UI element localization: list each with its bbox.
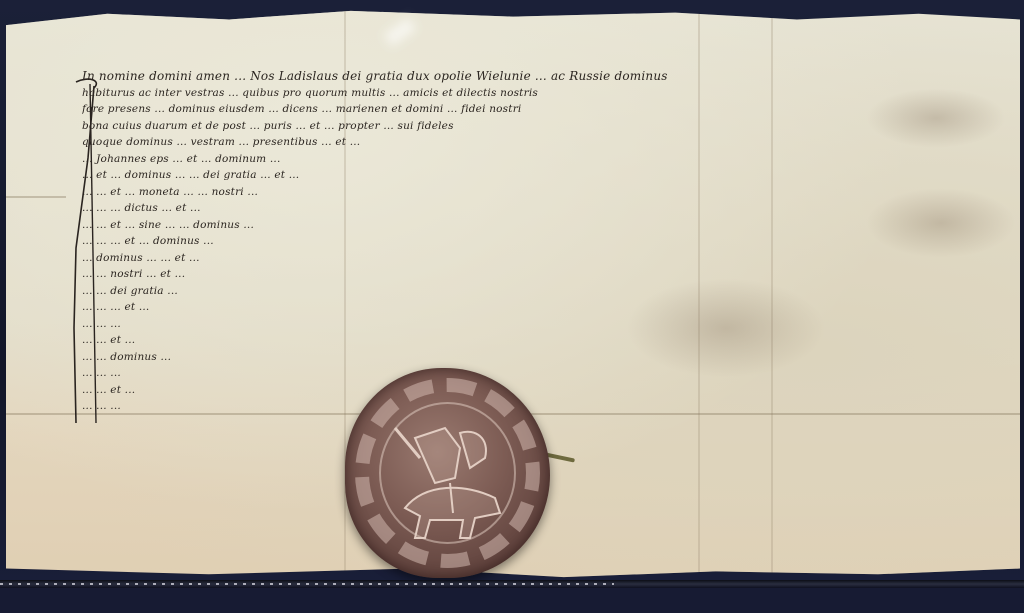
text-line: ... ... dei gratia ...: [82, 283, 972, 300]
text-line: ... dominus ... ... et ...: [82, 250, 972, 267]
text-line: ... ... ... et ... dominus ...: [82, 233, 972, 250]
text-line: ... ... ...: [82, 365, 972, 382]
charter-text: In nomine domini amen ... Nos Ladislaus …: [82, 68, 972, 418]
wax-seal: [345, 368, 550, 578]
text-line: ... Johannes eps ... et ... dominum ...: [82, 151, 972, 168]
fold-line: [6, 196, 66, 198]
text-line: ... et ... dominus ... ... dei gratia ..…: [82, 167, 972, 184]
display-case-frame: [0, 580, 1024, 588]
text-line: In nomine domini amen ... Nos Ladislaus …: [82, 68, 972, 85]
text-line: ... ... nostri ... et ...: [82, 266, 972, 283]
text-line: bona cuius duarum et de post ... puris .…: [82, 118, 972, 135]
text-line: quoque dominus ... vestram ... presentib…: [82, 134, 972, 151]
text-line: ... ... dominus ...: [82, 349, 972, 366]
text-line: ... ... et ... moneta ... ... nostri ...: [82, 184, 972, 201]
text-line: ... ... et ...: [82, 382, 972, 399]
text-line: ... ... et ...: [82, 332, 972, 349]
text-line: fore presens ... dominus eiusdem ... dic…: [82, 101, 972, 118]
text-line: ... ... ... dictus ... et ...: [82, 200, 972, 217]
text-line: habiturus ac inter vestras ... quibus pr…: [82, 85, 972, 102]
mounted-knight-icon: [375, 388, 525, 558]
text-line: ... ... ...: [82, 316, 972, 333]
text-line: ... ... ... et ...: [82, 299, 972, 316]
text-line: ... ... et ... sine ... ... dominus ...: [82, 217, 972, 234]
display-case-base: [0, 588, 1024, 613]
